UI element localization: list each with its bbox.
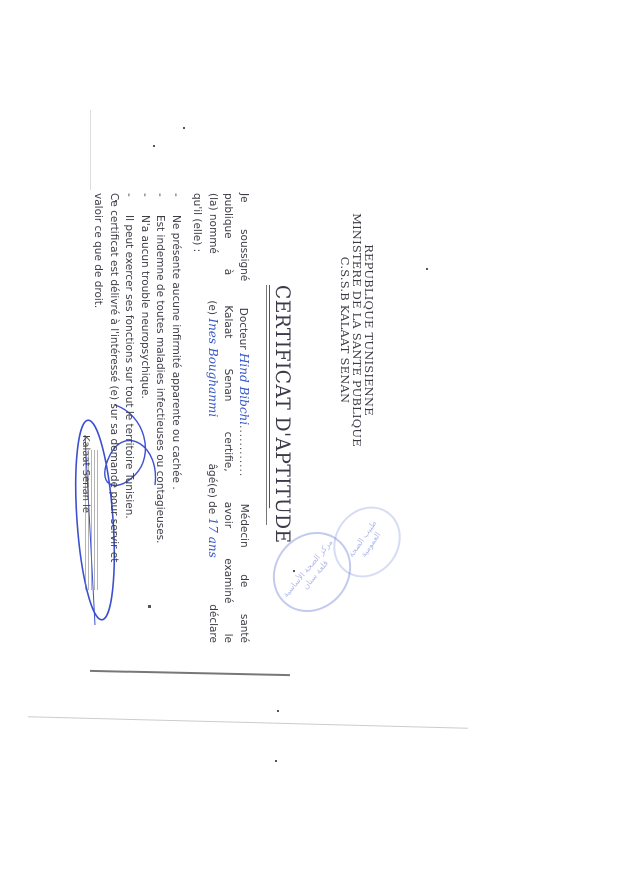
closing-line-2: valoir ce que de droit. [90, 193, 106, 643]
scan-rule-bottom [90, 670, 290, 676]
intro-line-4: qu'il (elle) : [189, 193, 205, 643]
scanned-page: مركز الصحة الأساسية قلعة سنان طبيب الصحة… [0, 0, 620, 876]
speck [183, 127, 185, 129]
intro-line-3: (la) nommé (e) Ines Boughanmi âgé(e) de … [205, 193, 221, 643]
certificate-body: Je soussigné Docteur Hind Bibchi........… [90, 193, 251, 643]
bullet-item: -Est indemne de toutes maladies infectie… [152, 193, 168, 643]
intro-line-1: Je soussigné Docteur Hind Bibchi........… [236, 193, 252, 643]
letterhead: REPUBLIQUE TUNISIENNE MINISTERE DE LA SA… [339, 185, 375, 475]
patient-name: Ines Boughanmi [206, 318, 220, 417]
header-ministry: MINISTERE DE LA SANTE PUBLIQUE [351, 185, 363, 475]
certificate-title: CERTIFICAT D'APTITUDE [269, 285, 295, 508]
speck [275, 760, 277, 762]
doctor-field: Docteur Hind Bibchi............ [236, 308, 252, 477]
intro-line-2: publique à Kalaat Senan certifie, avoir … [220, 193, 236, 643]
speck [277, 710, 279, 712]
certificate-document: REPUBLIQUE TUNISIENNE MINISTERE DE LA SA… [55, 185, 375, 655]
bullet-item: -Ne présente aucune infirmité apparente … [168, 193, 184, 643]
speck [426, 268, 428, 270]
doctor-name: Hind Bibchi [237, 353, 251, 425]
header-republic: REPUBLIQUE TUNISIENNE [363, 185, 375, 475]
bullet-item: -N'a aucun trouble neuropsychique. [137, 193, 153, 643]
scan-edge-bottom [28, 716, 468, 729]
bullet-item: -Il peut exercer ses fonctions sur tout … [121, 193, 137, 643]
scan-edge-left [90, 110, 91, 190]
dotted-leader: ............ [237, 425, 249, 477]
patient-age: 17 ans [206, 518, 220, 558]
closing-line-1: Ce certificat est délivré à l'intéressé … [106, 193, 122, 643]
signature-place: Kalaat Senan le [80, 435, 91, 513]
speck [153, 145, 155, 147]
